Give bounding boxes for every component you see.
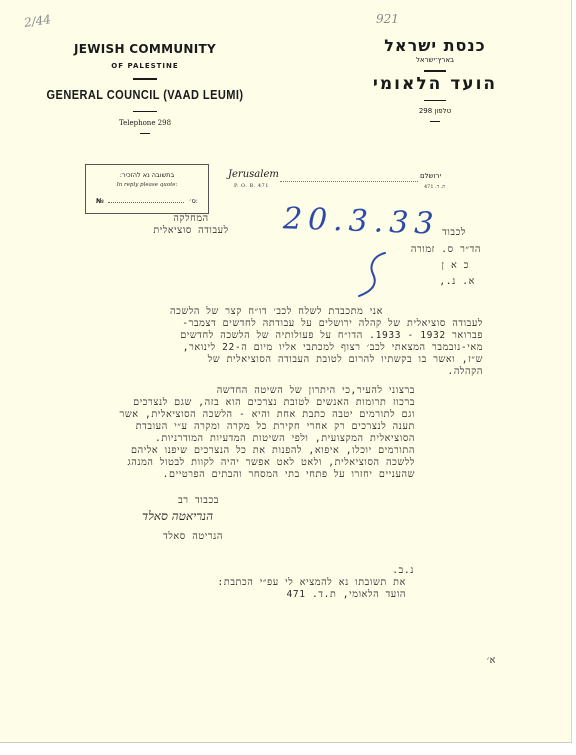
paragraph2-line: וגם לתורמים יטבה כתבת אחת והיא - הלשכה ה… (120, 409, 416, 422)
reply-reference-box: בתשובה נא להזכיר: In reply please quote:… (85, 164, 209, 214)
letterhead-divider (133, 78, 157, 80)
postscript-line-2: הועד הלאומי, ת.ד. 471 (287, 589, 407, 602)
department-line-2: לעבודה סוציאלית (116, 225, 266, 238)
letterhead-divider (133, 111, 157, 112)
reply-box-samech-label: ס׳: (189, 197, 198, 205)
letterhead-english-org: JEWISH COMMUNITY (30, 42, 260, 56)
salutation: א. נ., (439, 276, 475, 289)
place-city-english: Jerusalem (228, 169, 279, 180)
reply-box-english-label: In reply please quote: (86, 182, 208, 188)
place-city-hebrew: ירושלם (420, 172, 441, 180)
letterhead-english-council: GENERAL COUNCIL (VAAD LEUMI) (44, 88, 246, 102)
paragraph1-line: הקהלה. (447, 366, 483, 379)
letterhead-english-region: OF PALESTINE (30, 62, 260, 70)
reply-box-hebrew-label: בתשובה נא להזכיר: (86, 171, 208, 179)
place-pob-hebrew: ת. ד. 471 (424, 184, 445, 190)
typed-signature: הנריטה סאלד (163, 531, 223, 544)
paragraph2-line: ללשכה הסוציאלית, ולאט לאט אפשר יהיה לקוו… (128, 457, 415, 470)
paragraph2-line: שהעניים יחזרו על פתחי בתי המסחר והבתים ה… (163, 469, 415, 482)
letterhead-english-telephone: Telephone 298 (30, 119, 260, 127)
paragraph2-line: ברצוני להעיר,כי היתרון של השיטה החדשה (217, 385, 415, 398)
letter-page: 2/44 921 JEWISH COMMUNITY OF PALESTINE G… (0, 0, 572, 742)
letterhead-divider (424, 70, 446, 72)
paragraph1-line: ש״ז, ואשר בו בקשתיו להרום לטובת העבודה ה… (208, 354, 483, 367)
letterhead-divider (140, 133, 150, 134)
handwritten-date: 20.3.33 (282, 201, 440, 241)
department-line-1: המחלקה (121, 213, 261, 226)
letterhead-english: JEWISH COMMUNITY OF PALESTINE GENERAL CO… (30, 42, 260, 134)
archive-mark-number: 921 (376, 12, 399, 26)
addressee-location: כ א ן (442, 260, 469, 273)
paragraph2-line: הסוציאלית המקצועית, ולפי השיטות המדעיות … (155, 433, 415, 446)
paragraph1-line: אני מתכבדת לשלח לכב׳ דו״ח קצר של הלשכה (170, 306, 383, 319)
paragraph2-line: התורמים יוכלו, איפוא, להפנות את כל הנצרכ… (131, 445, 415, 458)
paragraph2-line: ברכוז תרומות האנשים לטובת נצרכים הוא בזה… (133, 397, 415, 410)
addressee-honorific: לכבוד (442, 227, 466, 240)
handwritten-mark-icon (355, 248, 395, 298)
paragraph1-line: מאי-נובמבר המצאתי לכב׳ רצוף למכתבי אליו … (183, 342, 483, 355)
paragraph2-line: תענה לנצרכים רק אחרי חקירת כל מקרה ומקרה… (136, 421, 415, 434)
postscript-label: נ.ב. (392, 565, 414, 578)
paragraph1-line: לעבודה סוציאלית של קהלה ירושלים על עבודת… (182, 318, 483, 331)
letterhead-hebrew-telephone: טלפון 298 (360, 107, 510, 115)
letterhead-hebrew: כנסת ישראל בארץ־ישראל הועד הלאומי טלפון … (360, 36, 510, 122)
page-mark: א׳ (487, 655, 496, 668)
postscript-line-1: את תשובתו נא להמציא לי עפ״י הכתבת: (218, 577, 407, 590)
paragraph1-line: פברואר 1932 - 1933. הדו״ח על פעולותיה של… (180, 330, 483, 343)
letterhead-hebrew-region: בארץ־ישראל (360, 56, 510, 64)
letterhead-hebrew-org: כנסת ישראל (360, 36, 510, 55)
archive-mark-left: 2/44 (23, 12, 52, 30)
reply-box-number-line (108, 202, 184, 203)
letterhead-divider (424, 100, 446, 101)
date-line (280, 181, 418, 182)
reply-box-number-label: № (96, 197, 104, 205)
place-pob-english: P. O. B. 471 (234, 183, 269, 189)
handwritten-signature: הנריאטה סאלד (142, 509, 213, 524)
closing: בכבוד רב (178, 495, 219, 508)
letterhead-hebrew-council: הועד הלאומי (360, 74, 510, 94)
addressee-name: הד״ר ס. זמורה (411, 244, 481, 257)
letterhead-divider (430, 121, 440, 122)
